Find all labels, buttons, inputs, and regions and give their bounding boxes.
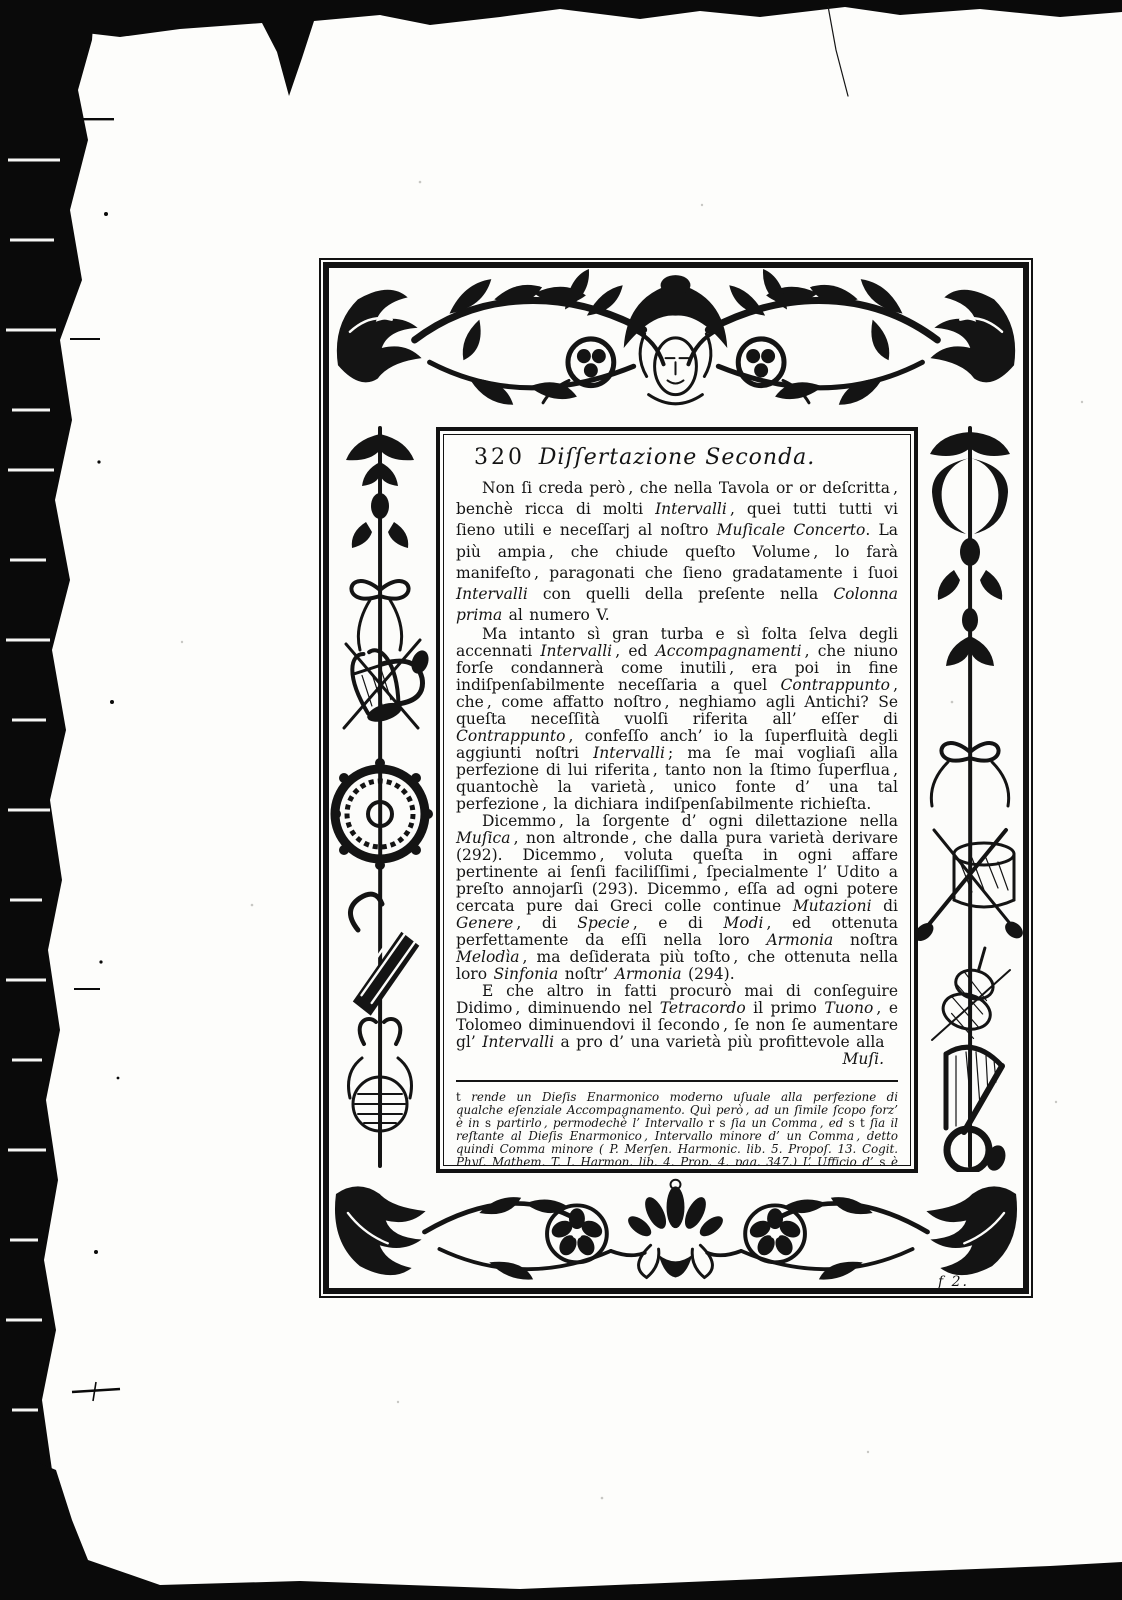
engraving-left-svg	[328, 422, 434, 1172]
scan-artifact-bottom-edge	[0, 1452, 1122, 1600]
scan-artifact-hairline	[828, 6, 848, 96]
hunting-horn-icon	[947, 1129, 1009, 1172]
drum-icon	[954, 843, 1014, 907]
left-instrument-trophy	[328, 422, 434, 1172]
text-panel: 320 Diſſertazione Seconda. Non ſi creda …	[436, 427, 918, 1173]
page-number: 320	[456, 445, 526, 470]
scan-cross-mark	[72, 1382, 120, 1401]
text-panel-inner: 320 Diſſertazione Seconda. Non ſi creda …	[443, 434, 911, 1166]
gutter-streaks	[6, 160, 60, 1480]
right-instrument-trophy	[912, 422, 1024, 1172]
scan-artifact-left-gutter	[0, 0, 95, 1600]
scan-specks	[70, 118, 119, 1254]
crook-icon	[350, 894, 382, 930]
central-palmette	[624, 1186, 726, 1239]
panpipes-icon	[338, 924, 433, 1019]
harp-icon	[946, 1047, 1002, 1132]
footnote-rule	[456, 1080, 898, 1082]
signature-mark: f 2.	[938, 1274, 969, 1290]
body-paragraph: E che altro in fatti procurò mai di conſ…	[456, 983, 898, 1051]
engraving-bottom-svg	[330, 1175, 1022, 1287]
bottom-ornament-engraving	[330, 1175, 1022, 1287]
body-paragraph: Non ſi creda però , che nella Tavola or …	[456, 478, 898, 626]
running-header: Diſſertazione Seconda.	[526, 445, 828, 470]
body-paragraph: Ma intanto sì gran turba e sì folta ſelv…	[456, 626, 898, 813]
scanned-book-page: { "page": { "number": "320", "header": "…	[0, 0, 1122, 1600]
engraving-top-svg	[330, 269, 1022, 421]
scan-artifact-top-edge	[0, 0, 1122, 96]
engraving-right-svg	[912, 422, 1024, 1172]
footnote-continuation: t rende un Dieſis Enarmonico moderno uſu…	[456, 1091, 898, 1166]
page-header-row: 320 Diſſertazione Seconda.	[456, 445, 898, 470]
top-ornament-engraving	[330, 269, 1022, 421]
body-paragraph: Dicemmo , la ſorgente d’ ogni dilettazio…	[456, 813, 898, 983]
catchword: Muſi.	[456, 1051, 898, 1068]
